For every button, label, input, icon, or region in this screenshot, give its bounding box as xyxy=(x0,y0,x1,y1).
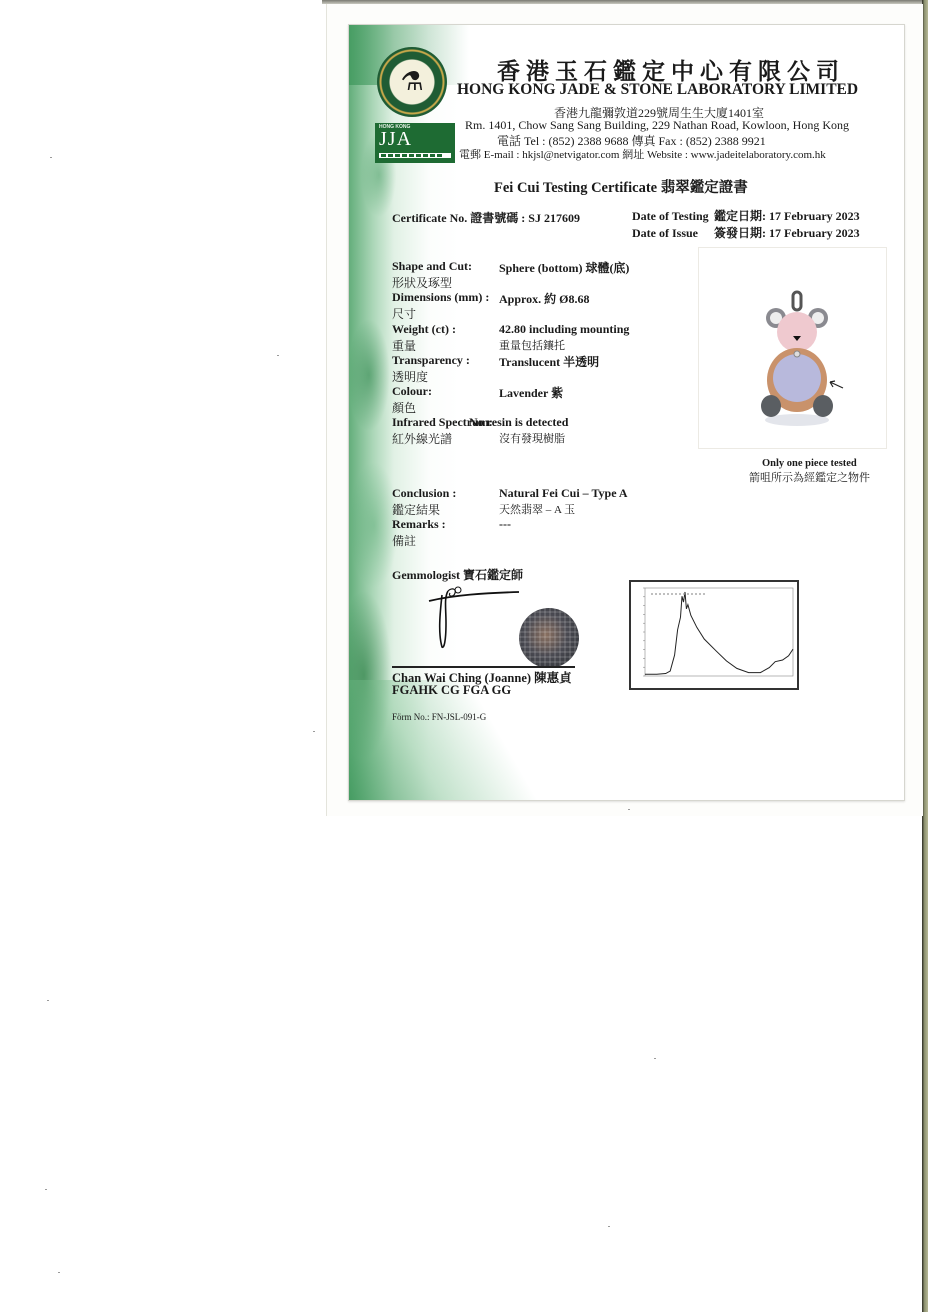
lab-name-en: HONG KONG JADE & STONE LABORATORY LIMITE… xyxy=(457,81,858,99)
photo-caption-cn: 箭咀所示為經鑑定之物件 xyxy=(749,469,870,485)
field-transparency-label-cn: 透明度 xyxy=(392,368,428,385)
date-issue-label: Date of Issue xyxy=(632,225,714,242)
hologram-seal xyxy=(519,608,579,668)
field-dimensions-value: Approx. 約 Ø8.68 xyxy=(499,290,589,307)
field-dimensions-label-cn: 尺寸 xyxy=(392,305,416,322)
field-weight-label-cn: 重量 xyxy=(392,337,416,354)
certificate: ⚗ HONG KONG JJA 香港玉石鑑定中心有限公司 HONG KONG J… xyxy=(348,24,905,801)
jja-badge-subline xyxy=(379,153,451,158)
jja-badge-text: JJA xyxy=(379,128,412,151)
field-infrared-label-cn: 紅外線光譜 xyxy=(392,430,452,447)
conclusion-label: Conclusion : xyxy=(392,486,456,501)
field-weight-value: 42.80 including mounting xyxy=(499,322,629,337)
arrow-indicator-icon xyxy=(829,380,845,390)
field-transparency-label: Transparency : xyxy=(392,353,470,368)
date-issue-value: 簽發日期: 17 February 2023 xyxy=(714,225,860,242)
field-colour-label: Colour: xyxy=(392,384,432,399)
bear-pendant-image xyxy=(757,288,837,428)
field-shape-label: Shape and Cut: xyxy=(392,259,472,274)
certificate-number: Certificate No. 證書號碼 : SJ 217609 xyxy=(392,209,580,226)
gemmologist-label: Gemmologist 寶石鑑定師 xyxy=(392,566,523,583)
certificate-title: Fei Cui Testing Certificate 翡翠鑑定證書 xyxy=(494,176,748,197)
remarks-label-cn: 備註 xyxy=(392,532,416,549)
field-transparency-value: Translucent 半透明 xyxy=(499,353,599,370)
infrared-spectrum-chart xyxy=(629,580,799,690)
field-infrared-value: No resin is detected xyxy=(469,415,568,430)
remarks-value: --- xyxy=(499,517,511,532)
gemmologist-signature xyxy=(424,583,524,653)
lab-email-website: 電郵 E-mail : hkjsl@netvigator.com 網址 Webs… xyxy=(459,146,826,162)
field-shape-value: Sphere (bottom) 球體(底) xyxy=(499,259,629,276)
specimen-photo xyxy=(698,247,887,449)
lab-address-en: Rm. 1401, Chow Sang Sang Building, 229 N… xyxy=(465,118,849,133)
field-shape-label-cn: 形狀及琢型 xyxy=(392,274,452,291)
field-colour-value: Lavender 紫 xyxy=(499,384,563,401)
field-weight-value-cn: 重量包括鑲托 xyxy=(499,337,565,353)
lab-seal-logo: ⚗ xyxy=(377,47,447,117)
conclusion-value: Natural Fei Cui – Type A xyxy=(499,486,628,501)
form-number: Förm No.: FN-JSL-091-G xyxy=(392,712,486,722)
microscope-icon: ⚗ xyxy=(377,47,447,117)
date-testing-value: 鑑定日期: 17 February 2023 xyxy=(714,208,860,225)
date-testing-label: Date of Testing xyxy=(632,208,714,225)
gemmologist-qualifications: FGAHK CG FGA GG xyxy=(392,683,511,698)
remarks-label: Remarks : xyxy=(392,517,446,532)
spectrum-plot xyxy=(631,582,797,688)
field-dimensions-label: Dimensions (mm) : xyxy=(392,290,489,305)
conclusion-value-cn: 天然翡翠 – A 玉 xyxy=(499,501,575,517)
conclusion-label-cn: 鑑定結果 xyxy=(392,501,440,518)
field-infrared-value-cn: 沒有發現樹脂 xyxy=(499,430,565,446)
certificate-dates: Date of Testing 鑑定日期: 17 February 2023 D… xyxy=(632,208,860,242)
jja-badge-logo: HONG KONG JJA xyxy=(375,123,455,163)
field-weight-label: Weight (ct) : xyxy=(392,322,456,337)
field-colour-label-cn: 顏色 xyxy=(392,399,416,416)
